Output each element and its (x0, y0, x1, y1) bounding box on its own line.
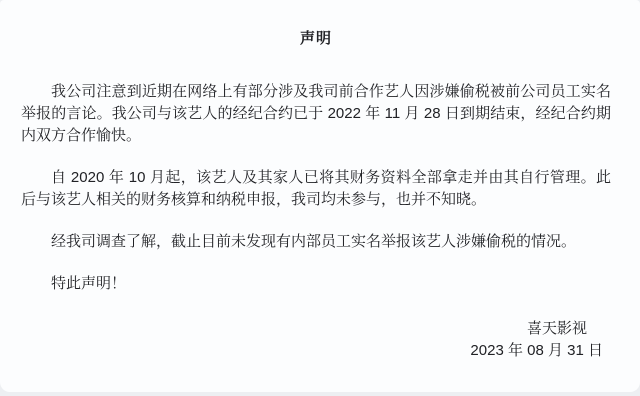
paragraph-investigation-result: 经我司调查了解，截止目前未发现有内部员工实名举报该艺人涉嫌偷税的情况。 (21, 231, 611, 253)
paragraph-allegation-notice: 我公司注意到近期在网络上有部分涉及我司前合作艺人因涉嫌偷税被前公司员工实名举报的… (21, 81, 611, 147)
statement-document: 声明 我公司注意到近期在网络上有部分涉及我司前合作艺人因涉嫌偷税被前公司员工实名… (0, 0, 640, 362)
document-title: 声明 (21, 28, 611, 50)
paragraph-finance-management: 自 2020 年 10 月起，该艺人及其家人已将其财务资料全部拿走并由其自行管理… (21, 167, 611, 211)
signature-company: 喜天影视 (527, 318, 611, 340)
closing-statement: 特此声明！ (21, 273, 611, 295)
signature-block: 喜天影视 2023 年 08 月 31 日 (21, 318, 611, 362)
statement-card: 声明 我公司注意到近期在网络上有部分涉及我司前合作艺人因涉嫌偷税被前公司员工实名… (0, 0, 640, 392)
signature-date: 2023 年 08 月 31 日 (21, 340, 611, 362)
